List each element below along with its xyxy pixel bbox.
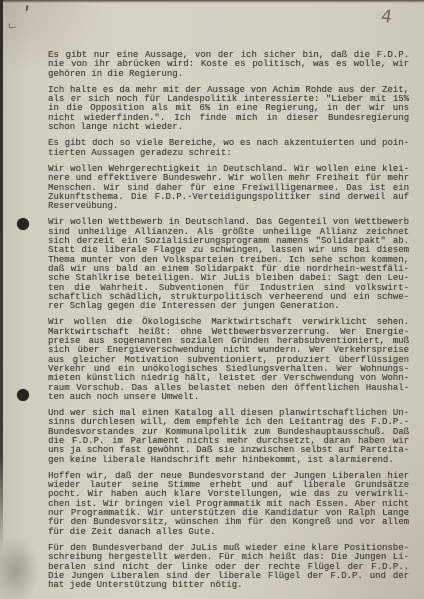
paragraph: Für den Bundesverband der JuLis muß wied… xyxy=(48,544,409,590)
scan-top-edge-shadow xyxy=(0,0,424,3)
scan-left-edge-shadow xyxy=(0,0,3,552)
paragraph: Und wer sich mal einen Katalog all diese… xyxy=(48,409,409,465)
text-line: schon lange nicht wieder. xyxy=(48,123,409,132)
scanned-typewritten-page: 4 Es gibt nur eine Aussage, von der ich … xyxy=(0,0,424,599)
paragraph: Ich halte es da mehr mit der Aussage von… xyxy=(48,86,409,132)
text-line: tierten Aussagen geradezu schreit: xyxy=(48,149,409,158)
paragraph: Es gibt nur eine Aussage, von der ich si… xyxy=(48,51,409,79)
paragraph: Wir wollen Wehrgerechtigkeit in Deutschl… xyxy=(48,165,409,211)
paragraph: Hoffen wir, daß der neue Bundesvorstand … xyxy=(48,472,409,537)
text-line: rer Schlag gegen die Interessen der jung… xyxy=(48,302,409,311)
text-line: Reserveübung. xyxy=(48,202,409,211)
paragraph: Wir wollen Wettbewerb in Deutschland. Da… xyxy=(48,218,409,311)
text-line: gen keine liberale Handschrift mehr hinb… xyxy=(48,456,409,465)
stray-pen-mark xyxy=(25,5,28,11)
text-line: für die Zeit danach alles Gute. xyxy=(48,528,409,537)
stray-pen-mark xyxy=(9,23,17,29)
margin-marker-dot xyxy=(17,218,29,230)
text-line: ten auch noch unsere Umwelt. xyxy=(48,393,409,402)
paragraph: Wir wollen die Ökologische Marktwirtscha… xyxy=(48,318,409,402)
text-line: hat jede Unterstützung bitter nötig. xyxy=(48,581,409,590)
paragraph: Es gibt doch so viele Bereiche, wo es na… xyxy=(48,139,409,158)
margin-marker-dot xyxy=(17,389,29,401)
text-line: gehören in die Regierung. xyxy=(48,70,409,79)
handwritten-page-number: 4 xyxy=(379,7,393,28)
document-body: Es gibt nur eine Aussage, von der ich si… xyxy=(48,51,409,597)
